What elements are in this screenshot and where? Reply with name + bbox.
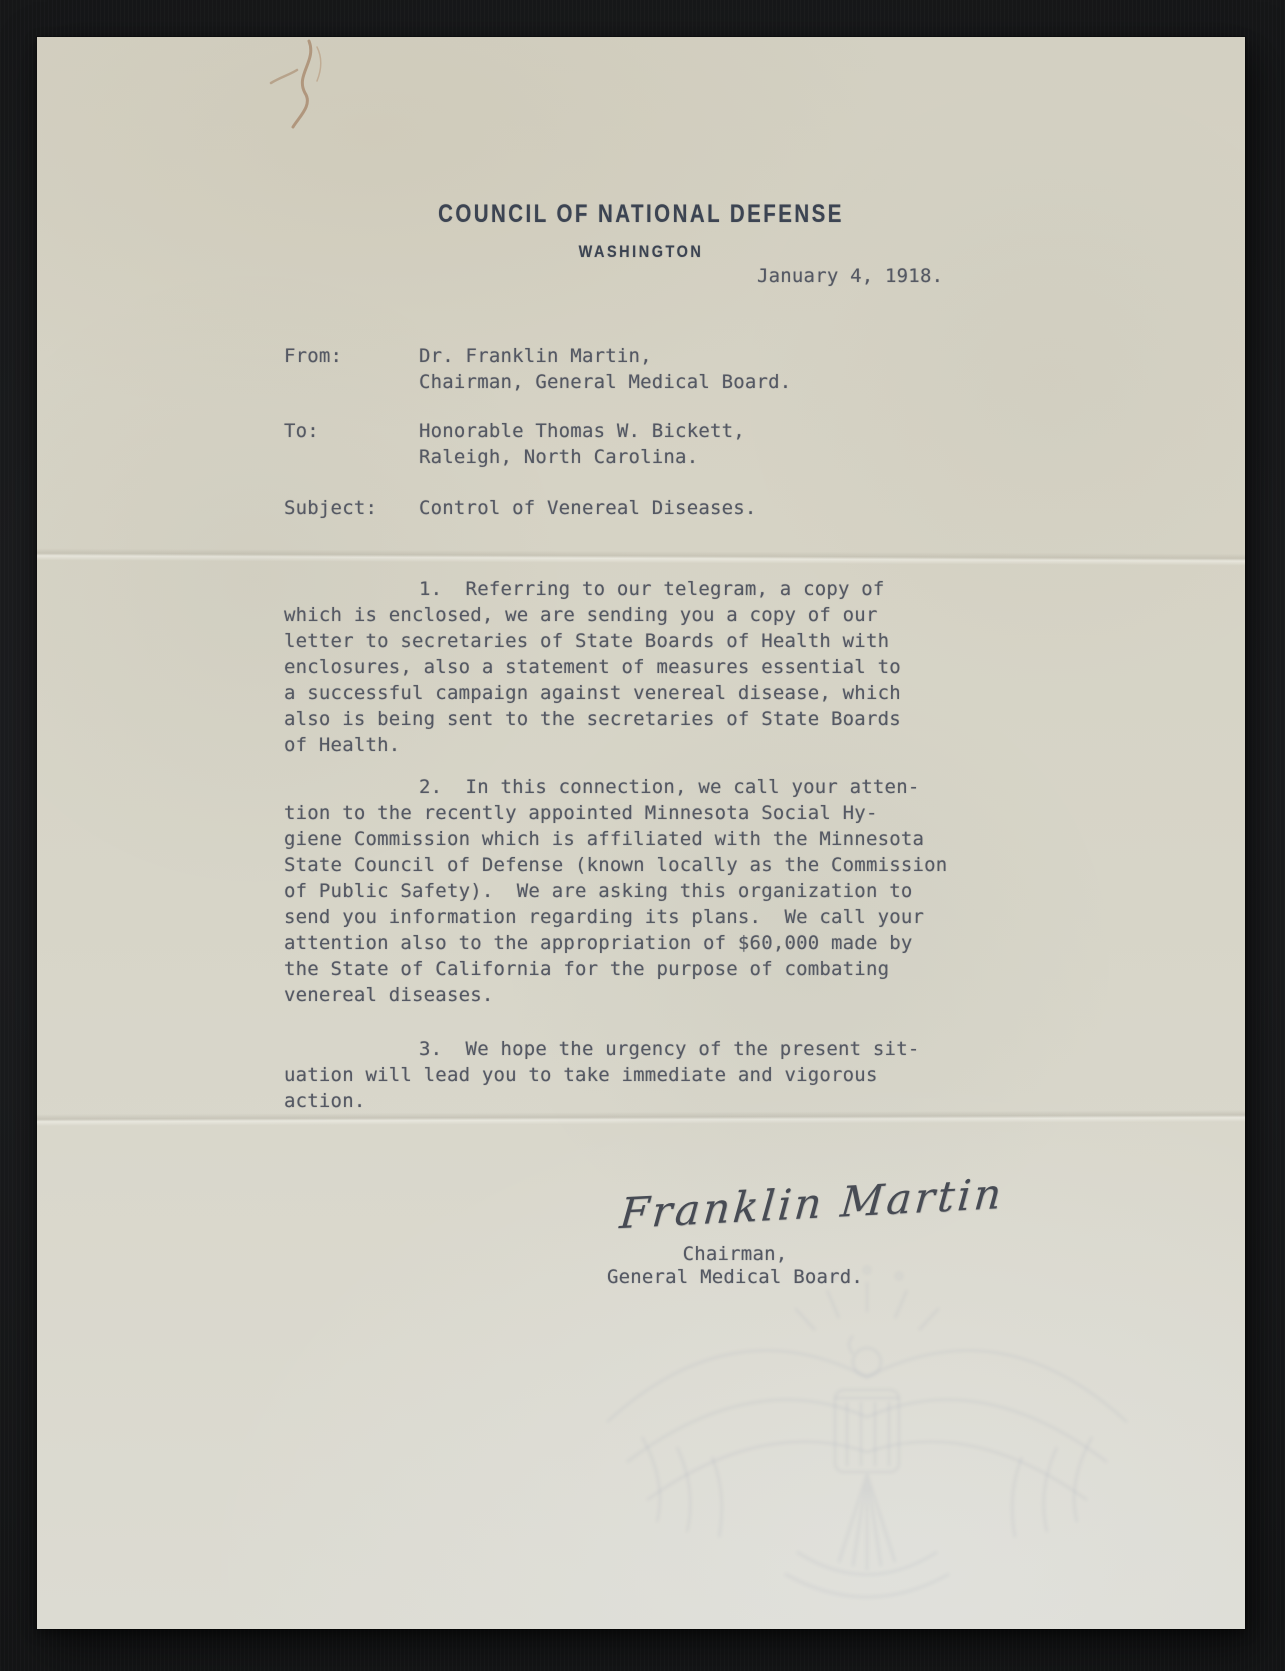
signature-block: Chairman, General Medical Board.	[435, 1243, 1035, 1289]
paragraph-2: 2. In this connection, we call your atte…	[284, 774, 989, 1008]
photo-backdrop: COUNCIL OF NATIONAL DEFENSE WASHINGTON J…	[0, 0, 1285, 1671]
rust-stain	[247, 37, 387, 137]
field-from-value: Dr. Franklin Martin, Chairman, General M…	[419, 343, 791, 395]
signature-title: Chairman,	[435, 1243, 1035, 1266]
document-page: COUNCIL OF NATIONAL DEFENSE WASHINGTON J…	[37, 37, 1245, 1629]
signature: Franklin Martin	[595, 1168, 1029, 1240]
field-from-label: From:	[284, 343, 419, 369]
paragraph-3: 3. We hope the urgency of the present si…	[284, 1036, 989, 1114]
letterhead: COUNCIL OF NATIONAL DEFENSE WASHINGTON	[37, 200, 1245, 262]
paragraph-1: 1. Referring to our telegram, a copy of …	[284, 576, 989, 758]
field-to-value: Honorable Thomas W. Bickett, Raleigh, No…	[419, 418, 745, 470]
date-line: January 4, 1918.	[757, 263, 943, 289]
field-to: To: Honorable Thomas W. Bickett, Raleigh…	[284, 418, 1044, 470]
field-to-label: To:	[284, 418, 419, 444]
fold-crease-top	[37, 548, 1245, 565]
field-subject-label: Subject:	[284, 495, 419, 521]
letterhead-organization: COUNCIL OF NATIONAL DEFENSE	[146, 200, 1137, 229]
letterhead-location: WASHINGTON	[128, 242, 1155, 262]
field-subject-value: Control of Venereal Diseases.	[419, 495, 757, 521]
address-block: From: Dr. Franklin Martin, Chairman, Gen…	[284, 343, 1044, 521]
field-from: From: Dr. Franklin Martin, Chairman, Gen…	[284, 343, 1044, 395]
field-subject: Subject: Control of Venereal Diseases.	[284, 495, 1044, 521]
signature-organization: General Medical Board.	[435, 1266, 1035, 1289]
